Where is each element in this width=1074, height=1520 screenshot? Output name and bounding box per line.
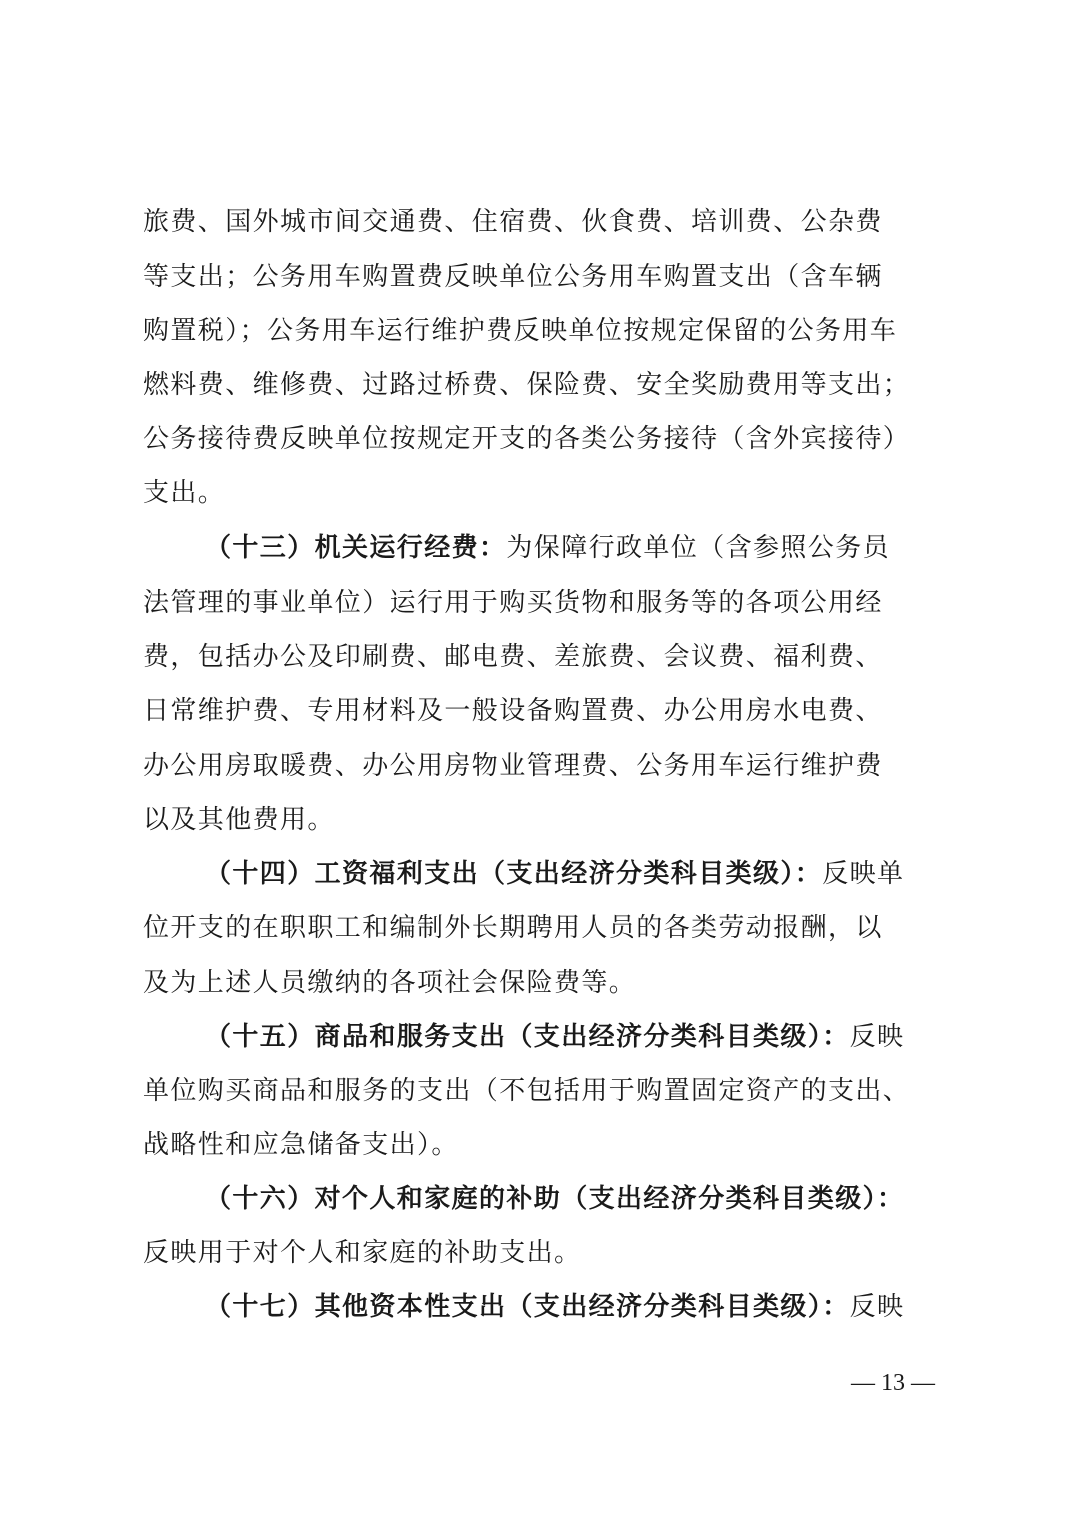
- line-text: 位开支的在职职工和编制外长期聘用人员的各类劳动报酬，以: [143, 913, 883, 943]
- text-line-6: 支出。: [143, 473, 973, 513]
- line-text: 反映用于对个人和家庭的补助支出。: [143, 1238, 581, 1268]
- section-heading: （十三）机关运行经费：: [205, 533, 506, 563]
- line-text: 战略性和应急储备支出）。: [143, 1130, 459, 1160]
- text-line-12: 以及其他费用。: [143, 800, 973, 840]
- text-line-17: 单位购买商品和服务的支出（不包括用于购置固定资产的支出、: [143, 1071, 973, 1111]
- line-text: 反映单: [822, 859, 904, 889]
- line-text: 单位购买商品和服务的支出（不包括用于购置固定资产的支出、: [143, 1076, 910, 1106]
- text-line-11: 办公用房取暖费、办公用房物业管理费、公务用车运行维护费: [143, 746, 973, 786]
- document-page: 旅费、国外城市间交通费、住宿费、伙食费、培训费、公杂费 等支出；公务用车购置费反…: [0, 0, 1074, 1520]
- line-text: 及为上述人员缴纳的各项社会保险费等。: [143, 968, 636, 998]
- section-17-heading-line: （十七）其他资本性支出（支出经济分类科目类级）：反映: [205, 1287, 1035, 1327]
- line-text: 燃料费、维修费、过路过桥费、保险费、安全奖励费用等支出；: [143, 370, 910, 400]
- text-line-20: 反映用于对个人和家庭的补助支出。: [143, 1233, 973, 1273]
- line-text: 费，包括办公及印刷费、邮电费、差旅费、会议费、福利费、: [143, 642, 883, 672]
- section-14-heading-line: （十四）工资福利支出（支出经济分类科目类级）：反映单: [205, 854, 1035, 894]
- section-heading: （十六）对个人和家庭的补助（支出经济分类科目类级）：: [205, 1184, 904, 1214]
- line-text: 旅费、国外城市间交通费、住宿费、伙食费、培训费、公杂费: [143, 207, 883, 237]
- text-line-15: 及为上述人员缴纳的各项社会保险费等。: [143, 963, 973, 1003]
- text-line-2: 等支出；公务用车购置费反映单位公务用车购置支出（含车辆: [143, 257, 973, 297]
- section-heading: （十七）其他资本性支出（支出经济分类科目类级）：: [205, 1292, 850, 1322]
- line-text: 办公用房取暖费、办公用房物业管理费、公务用车运行维护费: [143, 751, 883, 781]
- line-text: 以及其他费用。: [143, 805, 335, 835]
- text-line-5: 公务接待费反映单位按规定开支的各类公务接待（含外宾接待）: [143, 419, 973, 459]
- section-15-heading-line: （十五）商品和服务支出（支出经济分类科目类级）：反映: [205, 1017, 1035, 1057]
- text-line-8: 法管理的事业单位）运行用于购买货物和服务等的各项公用经: [143, 583, 973, 623]
- line-text: 法管理的事业单位）运行用于购买货物和服务等的各项公用经: [143, 588, 883, 618]
- line-text: 日常维护费、专用材料及一般设备购置费、办公用房水电费、: [143, 696, 883, 726]
- text-line-18: 战略性和应急储备支出）。: [143, 1125, 973, 1165]
- text-line-10: 日常维护费、专用材料及一般设备购置费、办公用房水电费、: [143, 691, 973, 731]
- line-text: 反映: [850, 1292, 905, 1322]
- text-line-3: 购置税）；公务用车运行维护费反映单位按规定保留的公务用车: [143, 311, 973, 351]
- section-heading: （十四）工资福利支出（支出经济分类科目类级）：: [205, 859, 822, 889]
- line-text: 支出。: [143, 478, 225, 508]
- line-text: 等支出；公务用车购置费反映单位公务用车购置支出（含车辆: [143, 262, 883, 292]
- line-text: 购置税）；公务用车运行维护费反映单位按规定保留的公务用车: [143, 316, 897, 346]
- section-16-heading-line: （十六）对个人和家庭的补助（支出经济分类科目类级）：: [205, 1179, 1035, 1219]
- text-line-9: 费，包括办公及印刷费、邮电费、差旅费、会议费、福利费、: [143, 637, 973, 677]
- line-text: 公务接待费反映单位按规定开支的各类公务接待（含外宾接待）: [143, 424, 910, 454]
- text-line-4: 燃料费、维修费、过路过桥费、保险费、安全奖励费用等支出；: [143, 365, 973, 405]
- text-line-1: 旅费、国外城市间交通费、住宿费、伙食费、培训费、公杂费: [143, 202, 973, 242]
- section-heading: （十五）商品和服务支出（支出经济分类科目类级）：: [205, 1022, 850, 1052]
- page-number: — 13 —: [838, 1366, 948, 1400]
- line-text: 为保障行政单位（含参照公务员: [506, 533, 890, 563]
- line-text: 反映: [850, 1022, 905, 1052]
- section-13-heading-line: （十三）机关运行经费：为保障行政单位（含参照公务员: [205, 528, 1035, 568]
- text-line-14: 位开支的在职职工和编制外长期聘用人员的各类劳动报酬，以: [143, 908, 973, 948]
